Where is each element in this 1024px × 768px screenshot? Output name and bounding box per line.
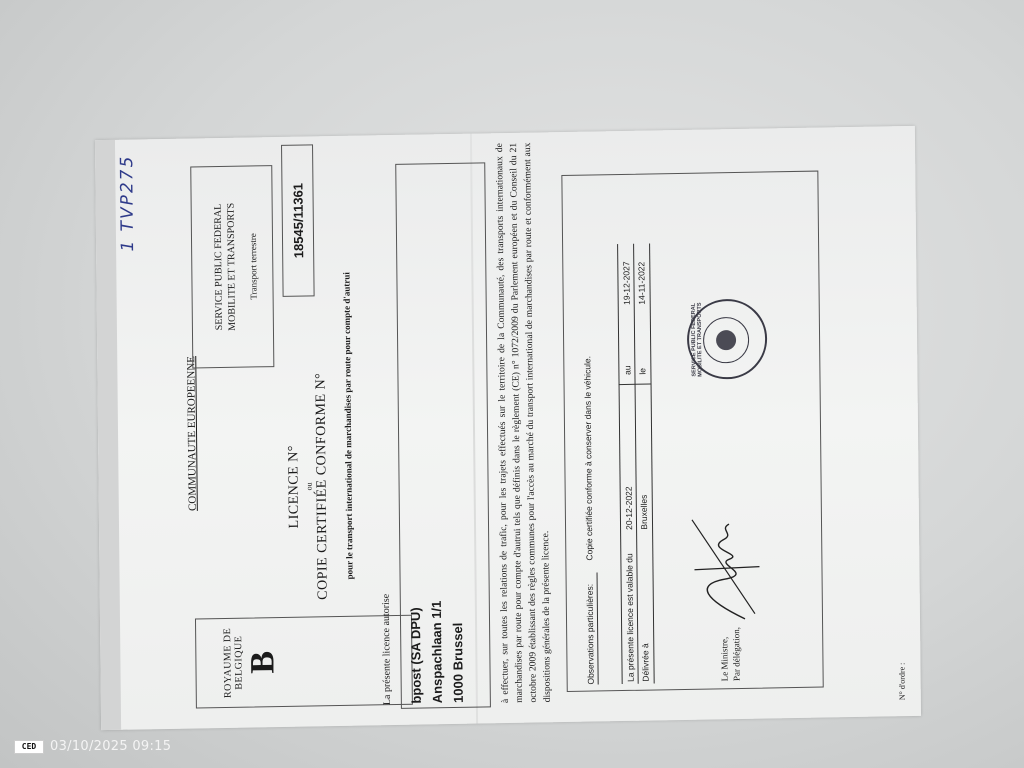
- holder-box: bpost (SA DPU) Anspachlaan 1/1 1000 Brus…: [395, 162, 491, 709]
- photo-timestamp: 03/10/2025 09:15: [50, 739, 171, 754]
- authority-line2: MOBILITE ET TRANSPORTS: [224, 167, 239, 367]
- authority-box: SERVICE PUBLIC FEDERAL MOBILITE ET TRANS…: [190, 165, 274, 368]
- divider: [597, 572, 599, 684]
- observations-value: Copie certifiée conforme à conserver dan…: [582, 356, 594, 561]
- holder-city: 1000 Brussel: [447, 600, 469, 703]
- observations-label: Observations particulières:: [585, 584, 596, 685]
- photo-watermark: CED 03/10/2025 09:15: [14, 739, 171, 754]
- ordre-label: N° d'ordre :: [897, 663, 906, 701]
- document-photo: 1 TVP275 COMMUNAUTE EUROPEENNE ROYAUME D…: [92, 128, 924, 728]
- handwritten-note: 1 TVP275: [117, 155, 138, 252]
- ced-logo-icon: CED: [14, 740, 44, 754]
- licence-number: 18545/11361: [290, 146, 307, 296]
- validity-label: La présente licence est valable du: [624, 553, 635, 682]
- coat-of-arms-icon: [716, 330, 736, 350]
- divider: [649, 243, 655, 683]
- authority-line3: Transport terrestre: [247, 166, 259, 366]
- stamp-text: SERVICE PUBLIC FEDERAL MOBILITE ET TRANS…: [691, 302, 704, 378]
- country-name: ROYAUME DE BELGIQUE: [222, 619, 245, 707]
- delivery-date: 14-11-2022: [636, 262, 646, 305]
- licence-number-box: 18545/11361: [281, 144, 315, 297]
- delivery-le: le: [637, 368, 647, 375]
- copie-title: COPIE CERTIFIÉE CONFORME N°: [313, 326, 332, 646]
- signatory-line1: Le Ministre,: [718, 627, 731, 681]
- divider: [617, 244, 623, 684]
- signatory: Le Ministre, Par délégation,: [718, 627, 743, 681]
- delivery-place: Bruxelles: [639, 495, 649, 530]
- validity-to: 19-12-2027: [621, 261, 631, 305]
- presente-licence-label: La présente licence autorise: [381, 594, 393, 706]
- delivery-label: Délivrée à: [640, 643, 650, 681]
- licence-document: 1 TVP275 COMMUNAUTE EUROPEENNE ROYAUME D…: [95, 126, 921, 730]
- licence-title: LICENCE N°: [285, 327, 304, 647]
- licence-paragraph: à effectuer, sur toutes les relations de…: [493, 142, 555, 703]
- validity-from: 20-12-2022: [624, 486, 634, 530]
- signatory-line2: Par délégation,: [730, 627, 743, 681]
- validity-au: au: [622, 365, 632, 375]
- holder-street: Anspachlaan 1/1: [426, 600, 448, 703]
- country-letter: B: [244, 618, 283, 707]
- holder-name: bpost (SA DPU): [405, 601, 427, 704]
- signature-icon: [684, 509, 765, 630]
